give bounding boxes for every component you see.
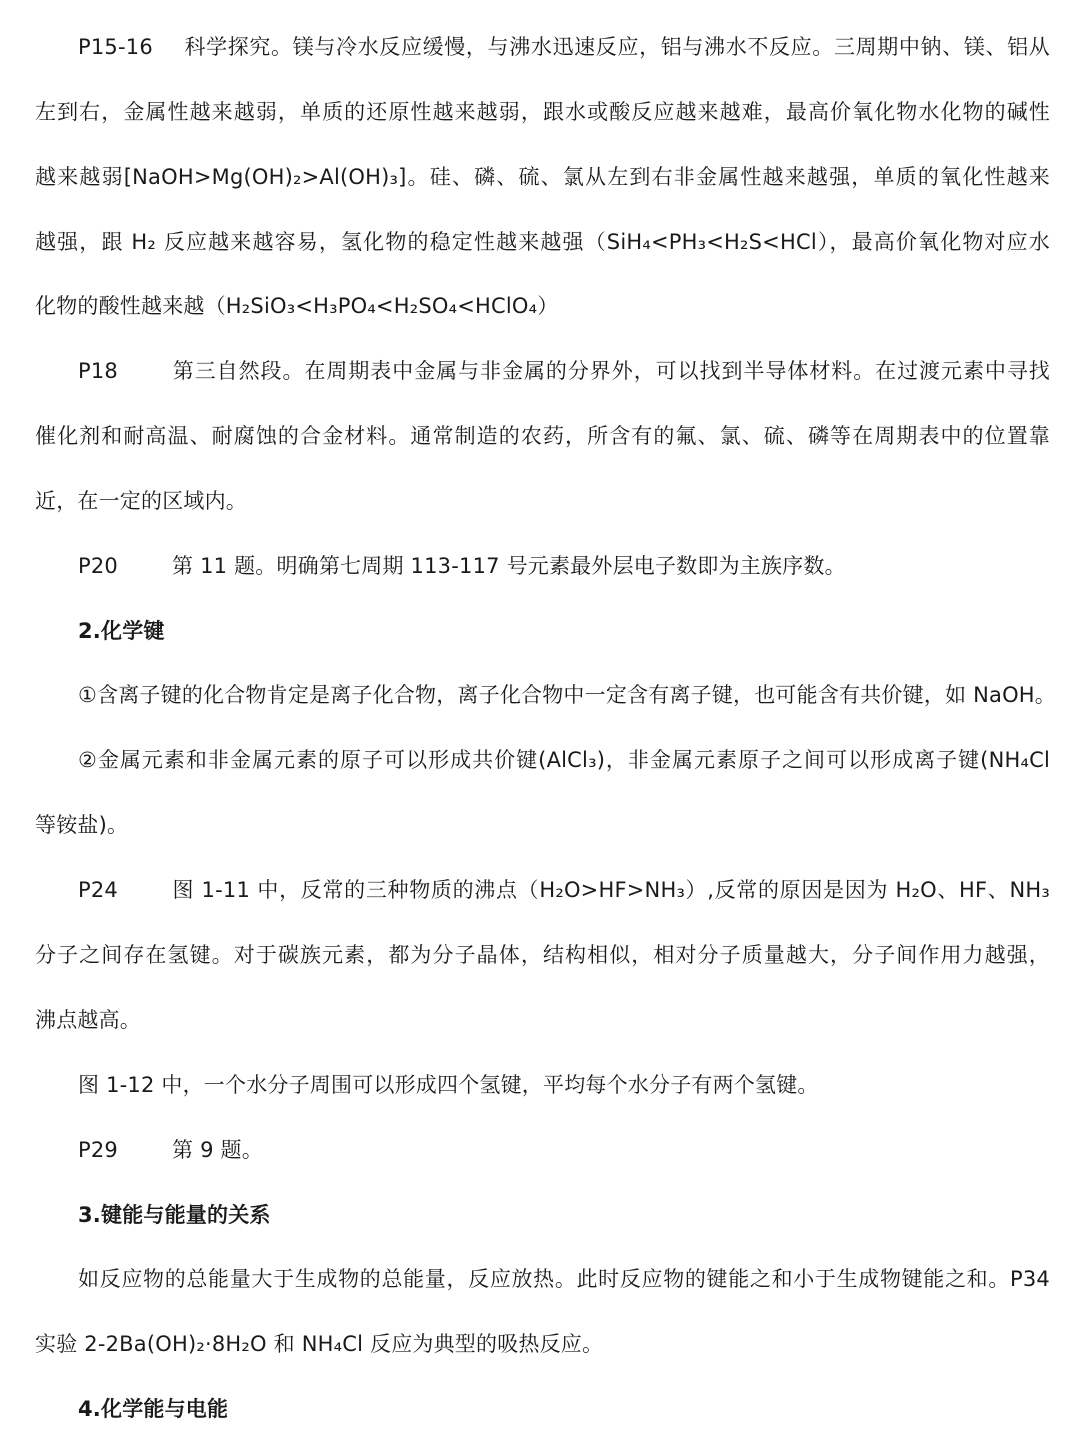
paragraph-p29: P29第 9 题。 [78, 1135, 1050, 1165]
paragraph-p20: P20第 11 题。明确第七周期 113-117 号元素最外层电子数即为主族序数… [78, 551, 1050, 581]
section2-item-1: ①含离子键的化合物肯定是离子化合物，离子化合物中一定含有离子键，也可能含有共价键… [78, 680, 1050, 710]
paragraph-fig-1-12: 图 1-12 中，一个水分子周围可以形成四个氢键，平均每个水分子有两个氢键。 [78, 1070, 1050, 1100]
section2-item-2-line-2: 等铵盐)。 [35, 810, 1050, 840]
paragraph-p18-line-3: 近，在一定的区域内。 [35, 486, 1050, 516]
paragraph-text: 第 11 题。明确第七周期 113-117 号元素最外层电子数即为主族序数。 [172, 554, 846, 578]
paragraph-p24-line-2: 分子之间存在氢键。对于碳族元素，都为分子晶体，结构相似，相对分子质量越大，分子间… [35, 940, 1050, 970]
paragraph-text: 图 1-11 中，反常的三种物质的沸点（H₂O>HF>NH₃）,反常的原因是因为… [172, 878, 1050, 902]
document-page: P15-16科学探究。镁与冷水反应缓慢，与沸水迅速反应，铝与沸水不反应。三周期中… [0, 0, 1080, 1433]
page-reference-tag: P20 [78, 551, 172, 581]
section3-line-2: 实验 2-2Ba(OH)₂·8H₂O 和 NH₄Cl 反应为典型的吸热反应。 [35, 1329, 1050, 1359]
paragraph-p24-line-3: 沸点越高。 [35, 1005, 1050, 1035]
section-heading-chemical-electrical-energy: 4.化学能与电能 [78, 1394, 1050, 1424]
paragraph-p24-line-1: P24图 1-11 中，反常的三种物质的沸点（H₂O>HF>NH₃）,反常的原因… [78, 875, 1050, 905]
page-reference-tag: P15-16 [78, 32, 184, 62]
paragraph-p15-16-line-5: 化物的酸性越来越（H₂SiO₃<H₃PO₄<H₂SO₄<HClO₄） [35, 291, 1050, 321]
paragraph-text: 第 9 题。 [172, 1138, 263, 1162]
section-heading-bond-energy: 3.键能与能量的关系 [78, 1200, 1050, 1230]
section3-line-1: 如反应物的总能量大于生成物的总能量，反应放热。此时反应物的键能之和小于生成物键能… [78, 1264, 1050, 1294]
paragraph-text: 第三自然段。在周期表中金属与非金属的分界外，可以找到半导体材料。在过渡元素中寻找 [172, 359, 1050, 383]
paragraph-text: 科学探究。镁与冷水反应缓慢，与沸水迅速反应，铝与沸水不反应。三周期中钠、镁、铝从 [184, 35, 1050, 59]
page-reference-tag: P18 [78, 356, 172, 386]
paragraph-p15-16-line-2: 左到右，金属性越来越弱，单质的还原性越来越弱，跟水或酸反应越来越难，最高价氧化物… [35, 97, 1050, 127]
paragraph-p15-16-line-4: 越强，跟 H₂ 反应越来越容易，氢化物的稳定性越来越强（SiH₄<PH₃<H₂S… [35, 227, 1050, 257]
page-reference-tag: P29 [78, 1135, 172, 1165]
paragraph-p15-16-line-1: P15-16科学探究。镁与冷水反应缓慢，与沸水迅速反应，铝与沸水不反应。三周期中… [78, 32, 1050, 62]
section2-item-2-line-1: ②金属元素和非金属元素的原子可以形成共价键(AlCl₃)，非金属元素原子之间可以… [78, 745, 1050, 775]
paragraph-p18-line-1: P18第三自然段。在周期表中金属与非金属的分界外，可以找到半导体材料。在过渡元素… [78, 356, 1050, 386]
paragraph-p18-line-2: 催化剂和耐高温、耐腐蚀的合金材料。通常制造的农药，所含有的氟、氯、硫、磷等在周期… [35, 421, 1050, 451]
paragraph-p15-16-line-3: 越来越弱[NaOH>Mg(OH)₂>Al(OH)₃]。硅、磷、硫、氯从左到右非金… [35, 162, 1050, 192]
page-reference-tag: P24 [78, 875, 172, 905]
section-heading-chemical-bond: 2.化学键 [78, 616, 1050, 646]
